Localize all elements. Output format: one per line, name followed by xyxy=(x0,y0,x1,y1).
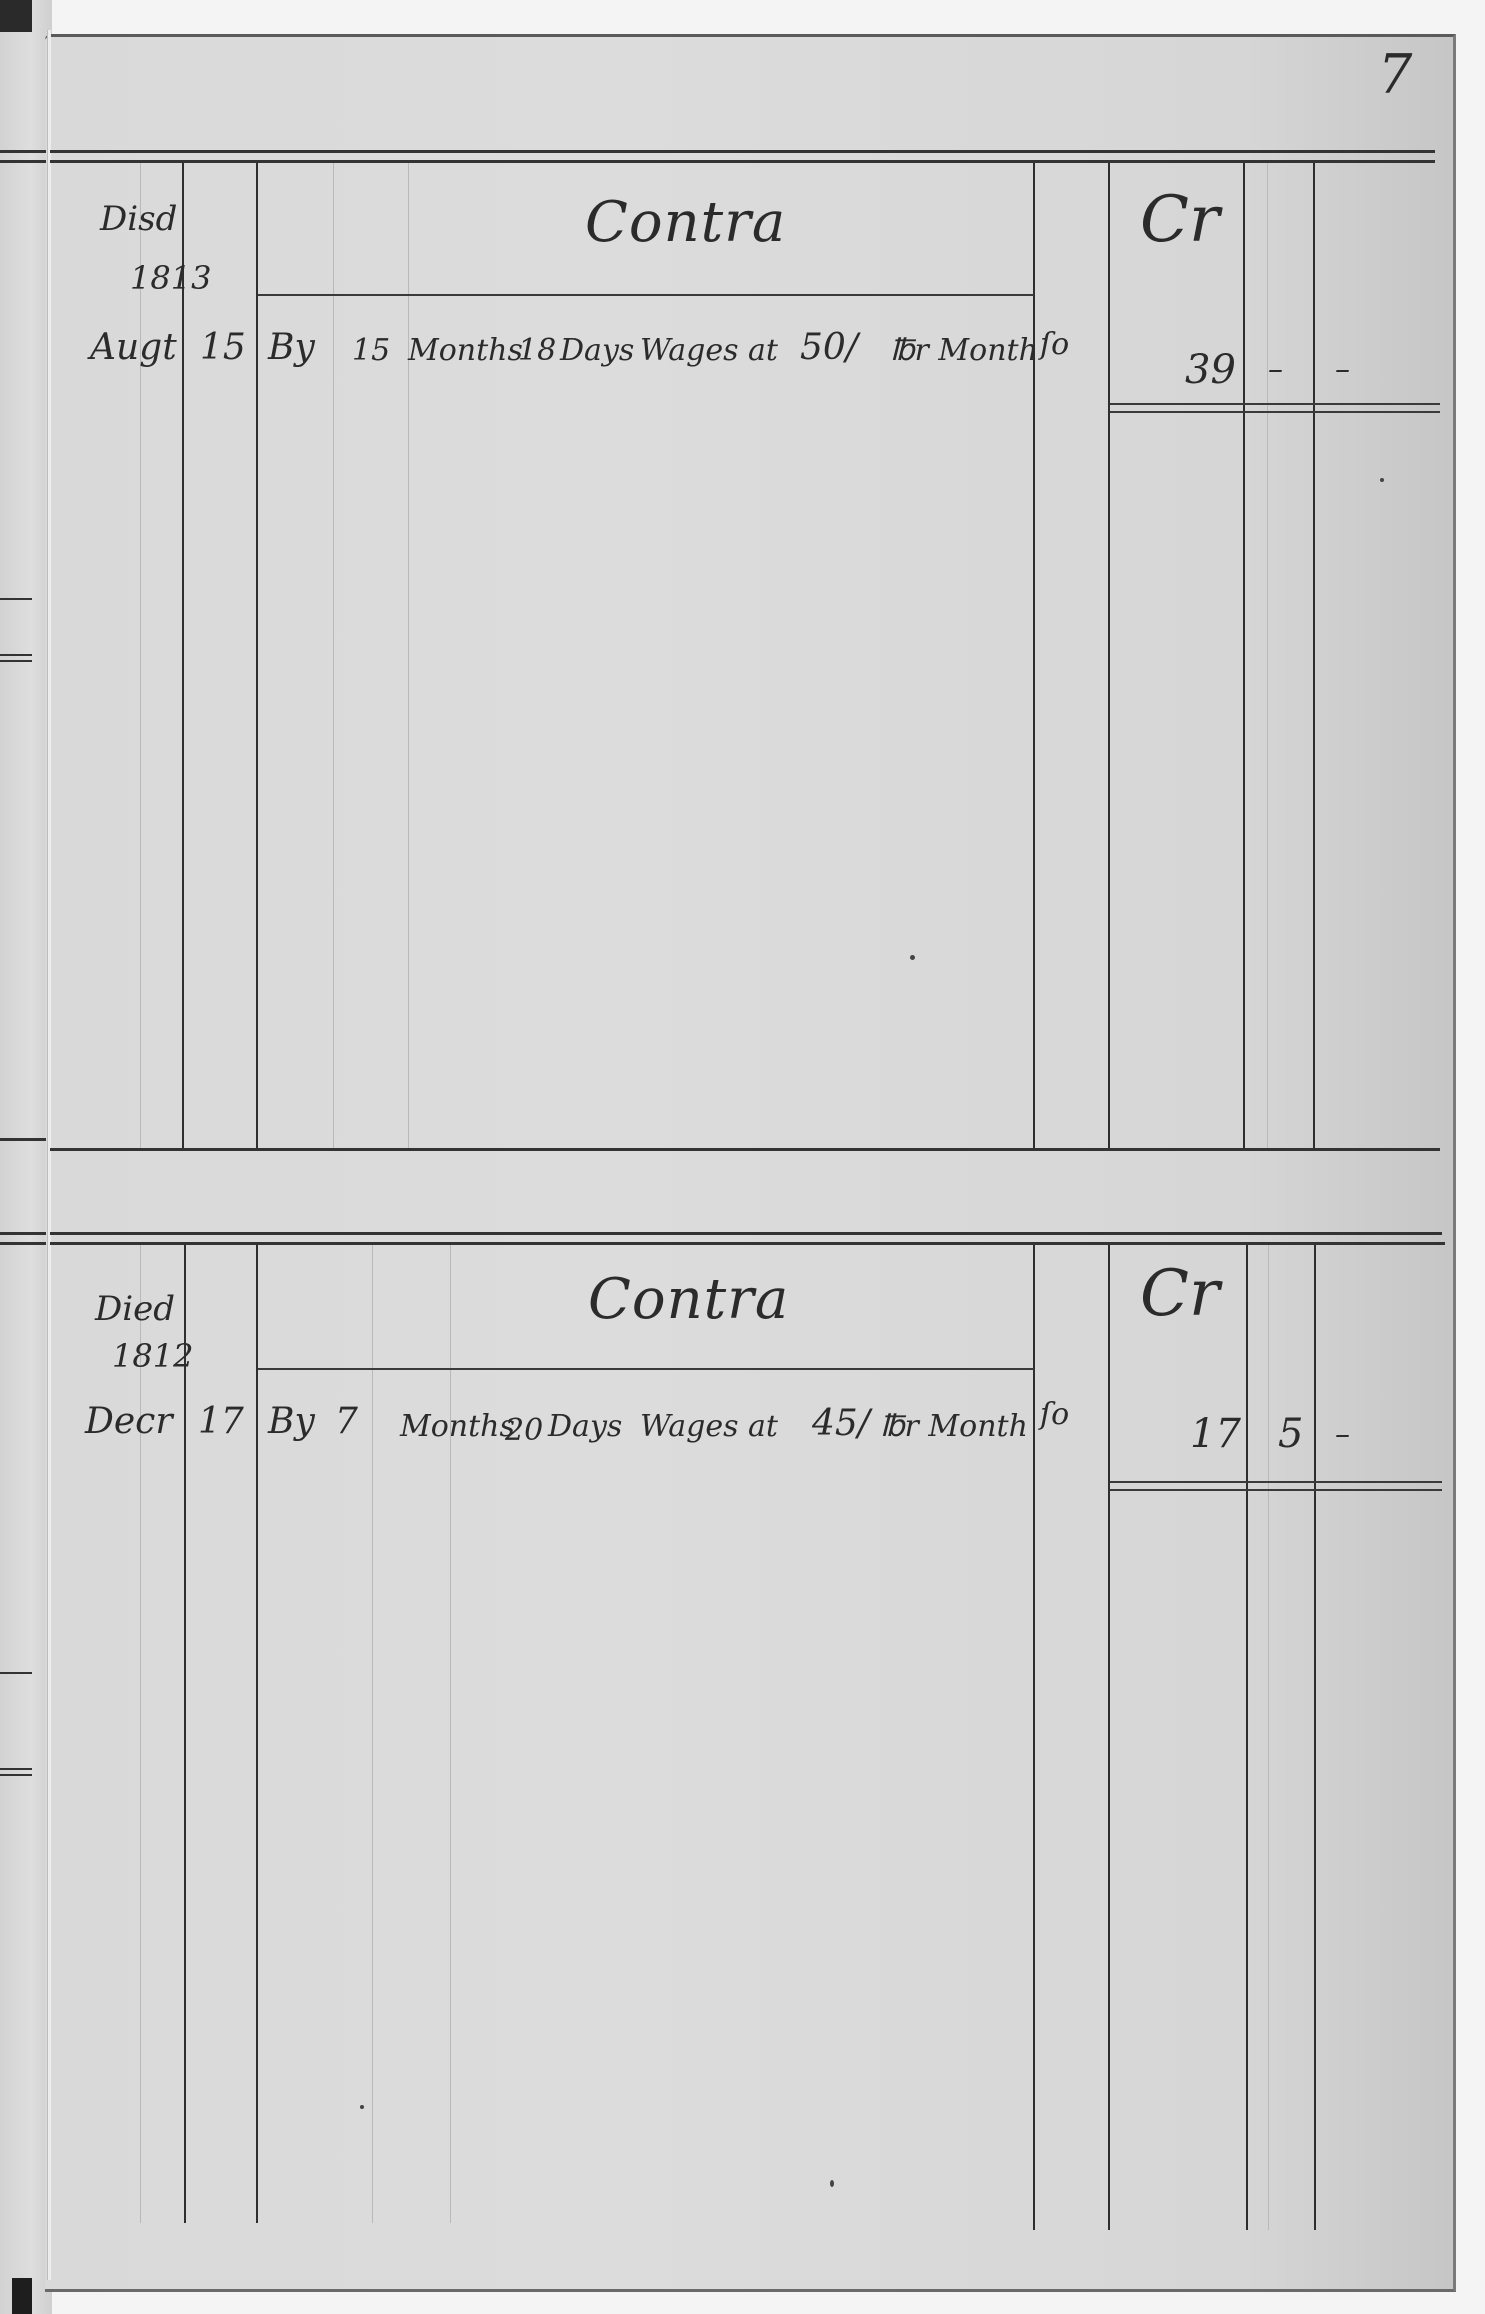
pence-column-rule xyxy=(1314,1245,1316,2230)
shillings-column-rule xyxy=(1246,1245,1248,2230)
entry-months-word: Months xyxy=(400,1412,515,1442)
entry-day: 17 xyxy=(198,1404,244,1440)
entry-days-word: Days xyxy=(560,336,634,366)
faint-guide-rule xyxy=(1268,1245,1269,2230)
entry-shillings: 5 xyxy=(1278,1414,1303,1454)
header-underline xyxy=(258,1368,1034,1370)
facing-page-rule xyxy=(0,1768,32,1770)
entry-rate: 45/ xyxy=(812,1406,870,1442)
entry-month: Decr xyxy=(85,1404,173,1440)
pounds-column-rule xyxy=(1108,1245,1110,2230)
shillings-column-rule xyxy=(1243,163,1245,1148)
ink-fleck xyxy=(360,2105,364,2109)
ink-fleck xyxy=(910,955,915,960)
entry-days-count: 18 xyxy=(518,336,556,366)
section-top-rule xyxy=(50,1242,1445,1245)
faint-guide-rule xyxy=(333,163,334,1148)
pence-column-rule xyxy=(1313,163,1315,1148)
entry-wages-text: Wages at xyxy=(640,336,778,366)
credit-label: Cr xyxy=(1140,183,1220,257)
entry-months-count: 15 xyxy=(352,336,390,366)
pounds-column-rule xyxy=(1108,163,1110,1148)
facing-page-rule xyxy=(0,1138,46,1141)
amount-total-rule xyxy=(1110,1481,1442,1483)
entry-days-count: 20 xyxy=(505,1416,543,1446)
faint-guide-rule xyxy=(140,1245,141,2223)
faint-guide-rule xyxy=(140,163,141,1148)
year-header: 1813 xyxy=(130,262,211,294)
page-gutter xyxy=(47,30,51,2280)
entry-by: By xyxy=(268,1404,315,1440)
binding-shadow-bottom xyxy=(12,2278,32,2314)
day-column-rule xyxy=(256,163,258,1148)
header-underline xyxy=(258,294,1034,296)
facing-page-rule xyxy=(0,1232,46,1235)
credit-header: Cr xyxy=(1140,1262,1220,1326)
facing-page-rule xyxy=(0,598,32,600)
facing-page-rule xyxy=(0,150,46,153)
facing-page-rule xyxy=(0,1774,32,1776)
entry-months-count: 7 xyxy=(335,1404,358,1440)
faint-guide-rule xyxy=(408,163,409,1148)
date-header: Died xyxy=(95,1292,175,1326)
facing-page-rule xyxy=(0,1242,46,1245)
ink-fleck xyxy=(830,2180,834,2187)
date-column-rule xyxy=(184,1245,186,2223)
day-column-rule xyxy=(256,1245,258,2223)
entry-day: 15 xyxy=(200,330,246,366)
entry-month: Augt xyxy=(90,330,177,366)
faint-guide-rule xyxy=(372,1245,373,2223)
section-top-rule xyxy=(50,150,1435,153)
folio-column-rule xyxy=(1033,163,1035,1148)
amount-total-rule xyxy=(1110,1489,1442,1491)
contra-title: Contra xyxy=(585,195,786,251)
folio-column-rule xyxy=(1033,1245,1035,2230)
entry-months-word: Months xyxy=(408,336,523,366)
credit-header: Cr xyxy=(1140,188,1220,252)
entry-pence: – xyxy=(1335,1420,1350,1450)
facing-page-rule xyxy=(0,654,32,656)
contra-title: Contra xyxy=(588,1272,789,1328)
amount-total-rule xyxy=(1110,411,1440,413)
credit-label: Cr xyxy=(1140,1257,1220,1331)
entry-per-month: ℔r Month xyxy=(890,336,1038,366)
section-top-rule xyxy=(50,1232,1442,1235)
entry-by: By xyxy=(268,330,315,366)
entry-shillings: – xyxy=(1268,355,1283,385)
facing-page-rule xyxy=(0,660,32,662)
entry-pounds: 39 xyxy=(1185,350,1236,390)
entry-days-word: Days xyxy=(548,1412,622,1442)
facing-page-rule xyxy=(0,160,46,163)
entry-folio: ſo xyxy=(1040,330,1069,360)
year-header: 1812 xyxy=(112,1340,193,1372)
entry-wages-text: Wages at xyxy=(640,1412,778,1442)
date-column-rule xyxy=(182,163,184,1148)
faint-guide-rule xyxy=(1267,163,1268,1148)
entry-pence: – xyxy=(1335,355,1350,385)
ink-fleck xyxy=(1380,478,1384,482)
date-header: Disd xyxy=(100,202,177,236)
binding-shadow-top xyxy=(0,0,32,32)
section-bottom-rule xyxy=(50,1148,1440,1151)
page-number: 7 xyxy=(1378,48,1412,102)
entry-rate: 50/ xyxy=(800,330,858,366)
amount-total-rule xyxy=(1110,403,1440,405)
facing-page-rule xyxy=(0,1672,32,1674)
entry-pounds: 17 xyxy=(1190,1414,1241,1454)
faint-guide-rule xyxy=(450,1245,451,2223)
entry-folio: ſo xyxy=(1040,1400,1069,1430)
entry-per-month: ℔r Month xyxy=(880,1412,1028,1442)
